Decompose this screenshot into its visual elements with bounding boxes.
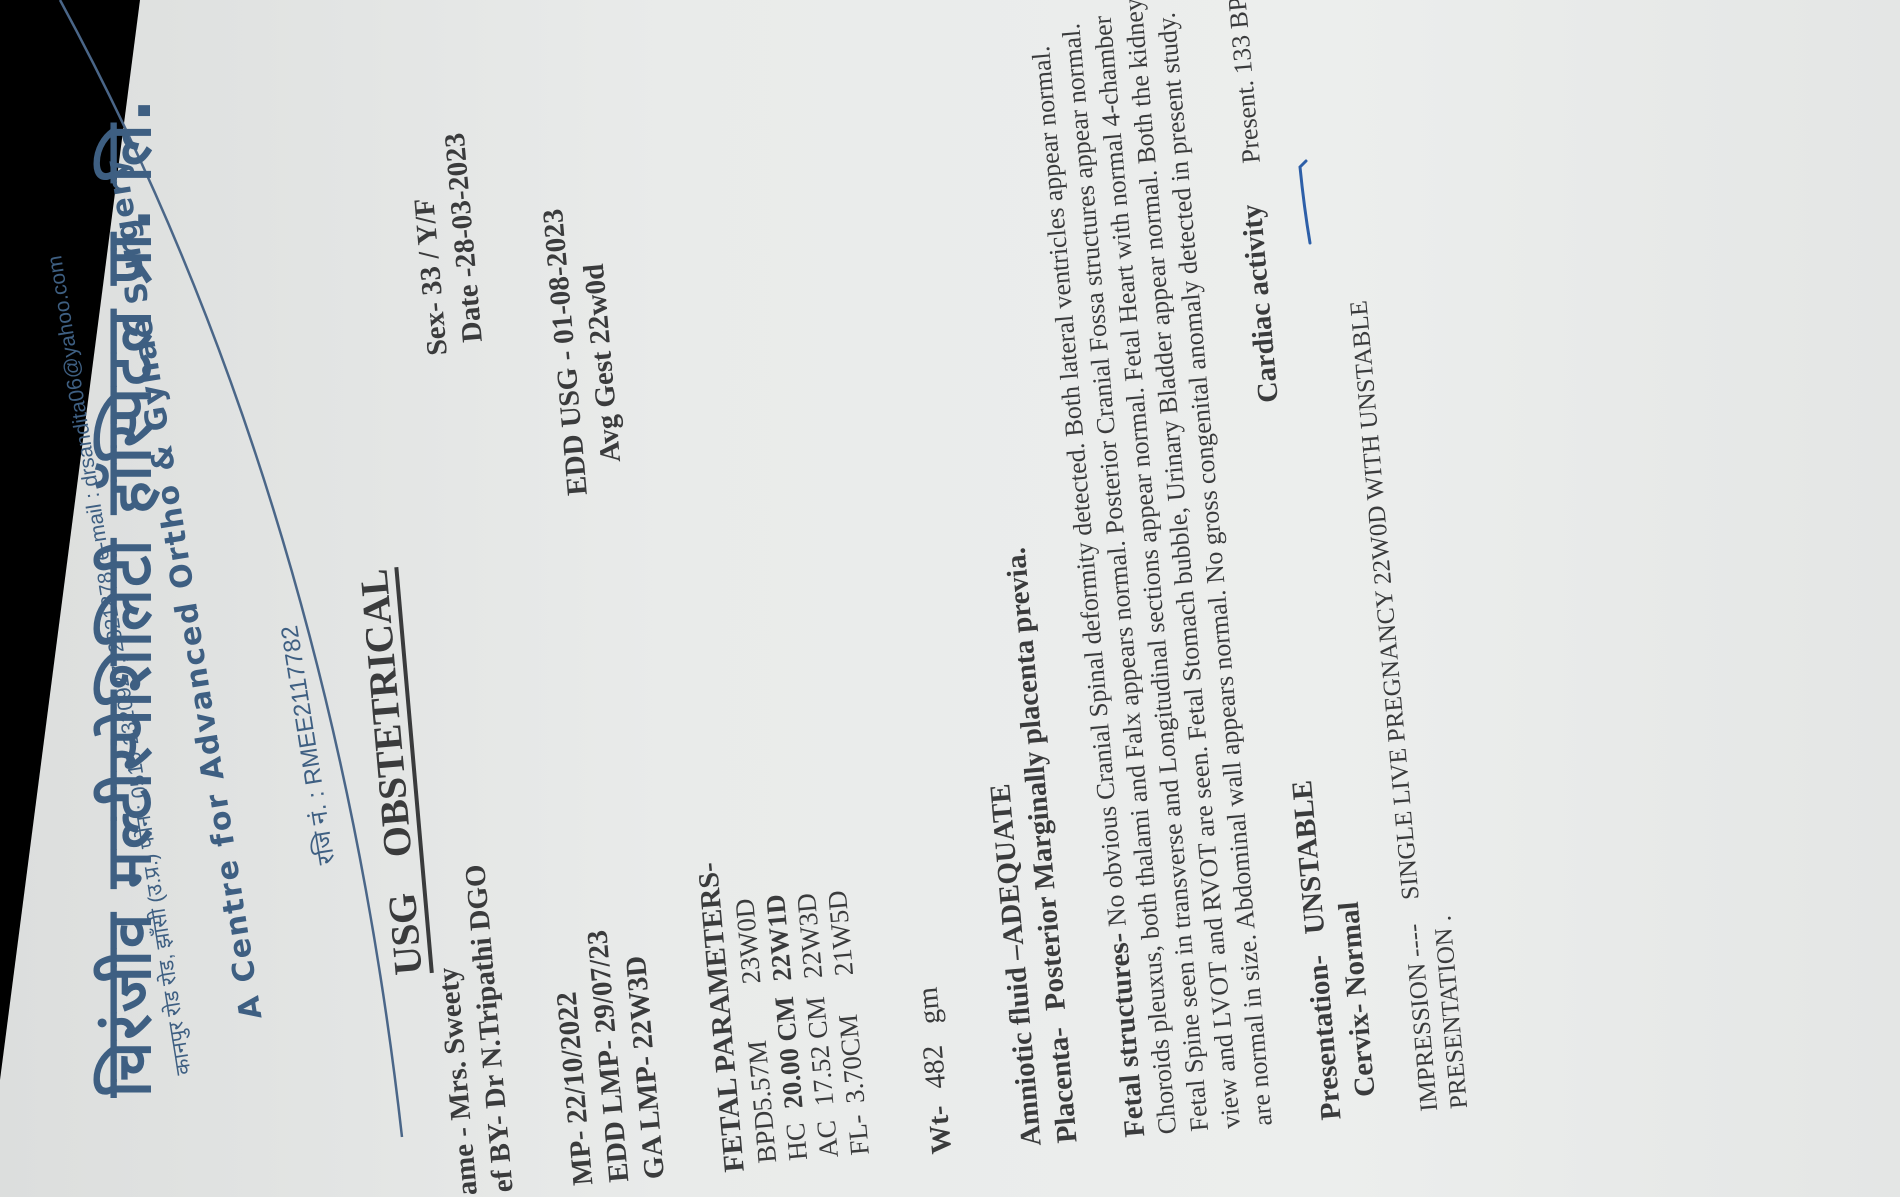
weight-label: Wt-: [922, 1104, 958, 1155]
weight-unit: gm: [912, 986, 947, 1026]
parameter-label: FL-: [840, 1102, 875, 1157]
report-sheet: चिरंजीव मल्टीस्पेशिलिटी हॉस्पिटल प्रा. ल…: [0, 0, 1900, 1197]
weight-value: 482: [917, 1044, 953, 1090]
parameter-label: BPD: [748, 1110, 783, 1165]
parameter-label: AC: [810, 1105, 845, 1160]
parameter-label: HC: [779, 1107, 814, 1162]
photo-stage: चिरंजीव मल्टीस्पेशिलिटी हॉस्पिटल प्रा. ल…: [0, 0, 1900, 1197]
pen-mark: [1290, 157, 1320, 247]
parameter-gest-age: 21W5D: [822, 889, 859, 977]
